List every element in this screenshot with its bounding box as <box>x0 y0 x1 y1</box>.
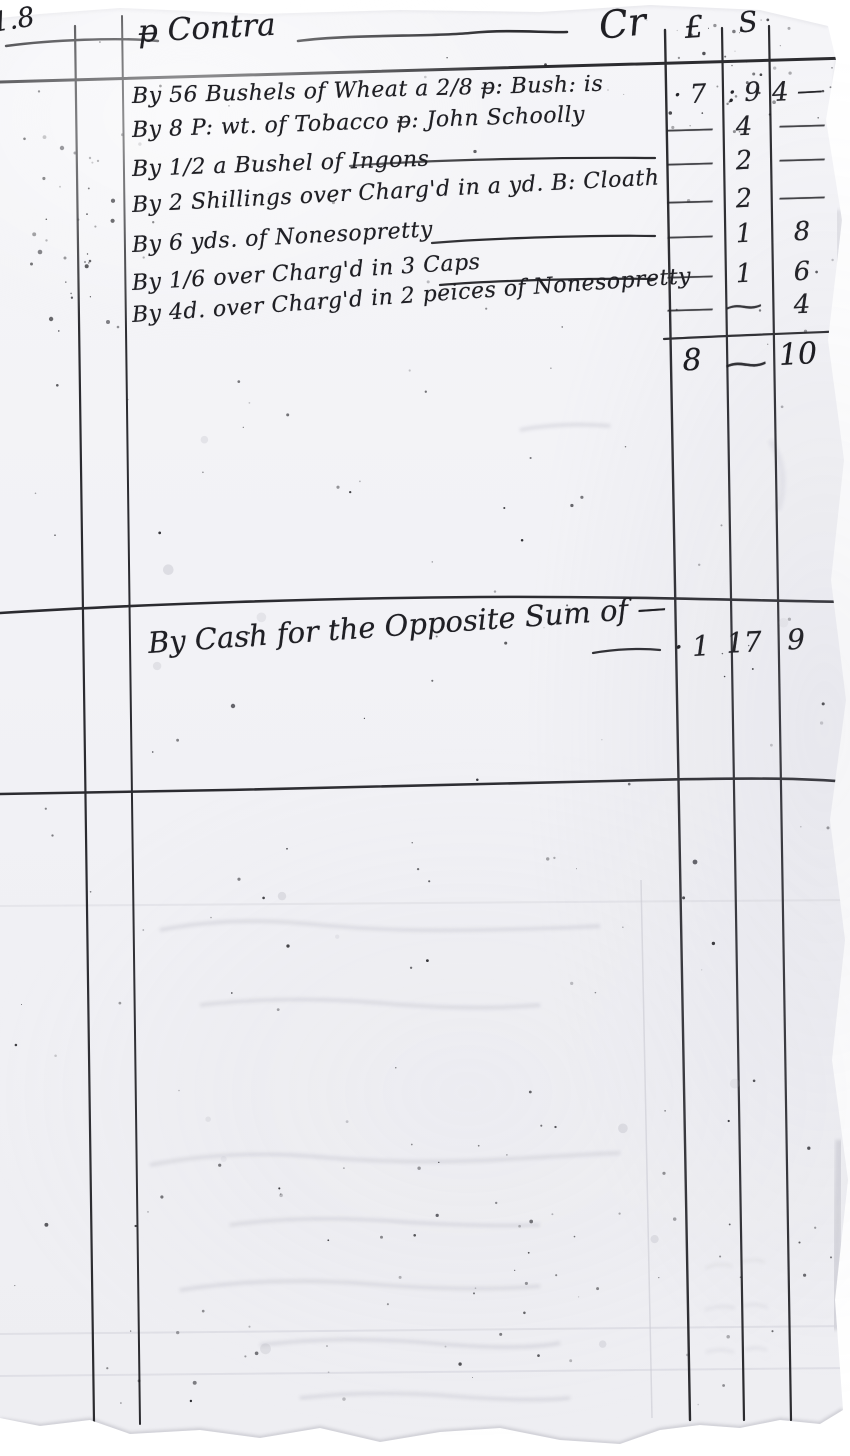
creditor-abbreviation: Cr <box>597 0 649 48</box>
amount-shillings: 1 <box>719 258 769 290</box>
shillings-column-header: S <box>723 3 772 41</box>
ledger-entry-text: By 1/2 a Bushel of Ingons <box>132 147 430 182</box>
amount-pence: 8 <box>777 216 827 248</box>
cash-shillings: 17 <box>719 625 769 660</box>
amount-shillings: : 9 <box>719 77 769 109</box>
ledger-entry-text: By 6 yds. of Nonesopretty <box>131 217 433 258</box>
per-contra-heading: p̶ Contra <box>137 7 277 50</box>
amount-pence: — <box>755 109 849 141</box>
cash-entry-text: By Cash for the Opposite Sum of — <box>147 590 667 660</box>
amount-pence: 4 — <box>771 74 848 108</box>
amount-shillings: 1 <box>719 218 769 250</box>
amount-pounds: · 7 <box>665 79 715 111</box>
pounds-column-header: £ <box>670 9 718 47</box>
cash-pounds: · 1 <box>667 629 717 664</box>
amount-pence: — <box>755 181 849 213</box>
ledger-text-layer: 1.8 p̶ Contra Cr £ S By 56 Bushels of Wh… <box>0 0 850 1456</box>
amount-pence: 4 <box>777 289 827 321</box>
ledger-page-scan: 1.8 p̶ Contra Cr £ S By 56 Bushels of Wh… <box>0 0 850 1456</box>
amount-pence: — <box>755 143 849 175</box>
amount-pence: 6 <box>777 256 827 288</box>
total-pence: 10 <box>773 336 823 373</box>
cash-pence: 9 <box>771 622 821 657</box>
ledger-entry-text: By 8 P: wt. of Tobacco p̶: John Schoolly <box>132 102 586 143</box>
page-number-fragment: 1.8 <box>0 1 37 38</box>
